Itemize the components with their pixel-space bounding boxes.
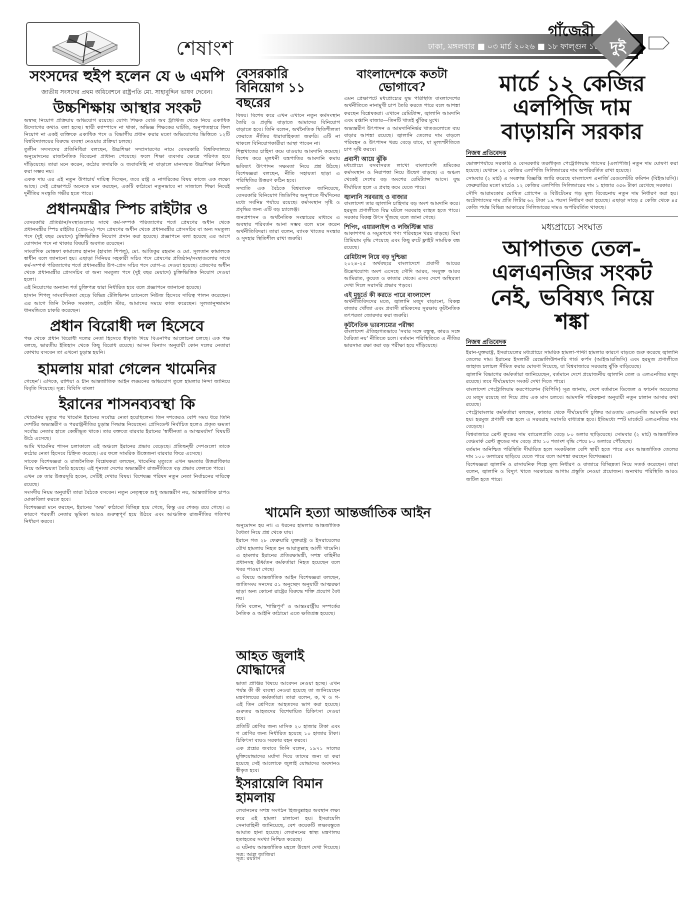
headline[interactable]: প্রধান বিরোধী দল হিসেবে bbox=[24, 318, 230, 335]
article-khamenei-international-law: খামেনি হত্যা আন্তর্জাতিক আইন অনুমোদন হয়… bbox=[236, 507, 460, 620]
paragraph: ২০২৪-২৫ অর্থবছরে বাংলাদেশে প্রবাসী আয়ের… bbox=[344, 261, 460, 289]
article-speech-writer: প্রধানমন্ত্রীর স্পিচ রাইটার ও বেসরকারি প… bbox=[24, 201, 230, 316]
article-body: গেছেন'। এদিকে, রাশিয়া ও চীন আন্তর্জাতিক… bbox=[24, 379, 230, 394]
paragraph: সোমবার (২ মার্চ) এ সংক্রান্ত বিজ্ঞপ্তি জ… bbox=[466, 176, 678, 190]
headline[interactable]: বাংলাদেশকে কতটা ভোগাবে? bbox=[344, 68, 460, 94]
headline[interactable]: খামেনি হত্যা আন্তর্জাতিক আইন bbox=[236, 507, 460, 521]
paragraph: পেট্রোবাংলার কর্মকর্তারা বলছেন, কাতার থে… bbox=[466, 410, 678, 431]
newspaper-stack-icon bbox=[47, 25, 121, 65]
divider bbox=[466, 216, 678, 217]
paragraph: খোমেনির মৃত্যুর পর খামেনি ইরানের সর্বোচ্… bbox=[24, 415, 230, 443]
paragraph: আমি খামেনির শাসন চলাকালে এই অঞ্চলে ইরানে… bbox=[24, 444, 230, 458]
paragraph: হাসান শিপলু সাংবাদিকতা ছেড়ে বিভিন্ন টেল… bbox=[24, 293, 230, 314]
article-body: বিষয়। বিশেষ করে এখন এখানে নতুন কর্মসংস্… bbox=[236, 113, 340, 245]
paragraph: বিশ্ববাজারে ব্রেন্ট ক্রুডের দাম ব্যারেলপ… bbox=[466, 432, 678, 446]
article-body: খোমেনির মৃত্যুর পর খামেনি ইরানের সর্বোচ্… bbox=[24, 415, 230, 527]
article-private-investment: বেসরকারি বিনিয়োগ ১১ বছরের বিষয়। বিশেষ … bbox=[236, 68, 340, 245]
paragraph: জনপ্রশাসন ও অর্থনৈতিক সংস্কারের মাধ্যমে … bbox=[236, 215, 340, 243]
paragraph: বাংলাদেশ পেট্রোলিয়াম করপোরেশন (বিপিসি) … bbox=[466, 387, 678, 408]
paragraph: অনুমোদন হয় না। এ ধরনের হামলার আন্তর্জাত… bbox=[236, 523, 340, 537]
paragraph: সংসদীয় নিয়ম অনুযায়ী তারা বৈঠকে বসবেন।… bbox=[24, 490, 230, 504]
paragraph: সাংবাদিক মোস্তফা কামালের হানান (হাবাল শি… bbox=[24, 249, 230, 284]
headline[interactable]: ইসরায়েলি বিমান হামলায় bbox=[236, 778, 340, 807]
paragraph: ভোক্তাপর্যায়ে সরকারি ও বেসরকারি তরলীকৃত… bbox=[466, 161, 678, 175]
header-rule bbox=[258, 56, 638, 59]
article-khamenei-killed: হামলায় মারা গেলেন খামেনির গেছেন'। এদিকে… bbox=[24, 361, 230, 395]
source-credit: সূত্র: রয়টার্স bbox=[236, 856, 340, 864]
paragraph: আকাশপথ ও সমুদ্রপথে পণ্য পরিবহনে খরচ বাড়… bbox=[344, 231, 460, 252]
article-body: ইরান-যুক্তরাষ্ট্র, ইসরায়েলের মধ্যপ্রাচ্… bbox=[466, 350, 678, 485]
paragraph: বেসরকারি প্রতিষ্ঠান/সংস্থাগুলোর সাথে কর্… bbox=[24, 220, 230, 248]
subhead: শিপিং, এয়ারলাইন্স ও লজিস্টিক্স খাত bbox=[344, 224, 460, 231]
article-whips: সংসদের হুইপ হলেন যে ৬ এমপি জাতীয় সংসদের… bbox=[24, 68, 230, 98]
section-logo bbox=[26, 22, 140, 66]
paragraph: এই নিয়োগের অন্যান্য শর্ত চুক্তিপত্র দ্ব… bbox=[24, 285, 230, 292]
article-body: অস্বচ্ছ নিয়োগ প্রক্রিয়ায় অভিযোগ রয়েছ… bbox=[24, 118, 230, 199]
kicker: মধ্যপ্রাচ্যে সংঘাত bbox=[466, 220, 678, 235]
arrow-tip-icon bbox=[648, 36, 670, 50]
middle-lower-column: খামেনি হত্যা আন্তর্জাতিক আইন অনুমোদন হয়… bbox=[236, 505, 460, 620]
bangladesh-impact-column: বাংলাদেশকে কতটা ভোগাবে? এমন প্রেক্ষাপটে … bbox=[344, 66, 460, 352]
article-body: এমন প্রেক্ষাপটে মধ্যপ্রাচ্যের যুদ্ধ পরিস… bbox=[344, 96, 460, 351]
paragraph: শিল্পখাতের চাহিদা কমে যাওয়ায় আমদানি কম… bbox=[236, 149, 340, 184]
page-number: দুই bbox=[596, 36, 640, 61]
paragraph: লেবাননের সশস্ত্র সংগঠন হিজবুল্লাহর অবস্থ… bbox=[236, 808, 340, 843]
headline[interactable]: আপাতত তেল-এলএনজির সংকট নেই, ভবিষ্যৎ নিয়… bbox=[466, 237, 678, 334]
headline[interactable]: বেসরকারি বিনিয়োগ ১১ বছরের bbox=[236, 68, 340, 111]
article-israeli-airstrike: ইসরায়েলি বিমান হামলায় লেবাননের সশস্ত্র… bbox=[236, 778, 340, 865]
paragraph: বর্তমান অনিশ্চিত পরিস্থিতি দীর্ঘায়িত হল… bbox=[466, 447, 678, 461]
paragraph: ইরানে গত ২৮ ফেব্রুয়ারি যুক্তরাষ্ট্র ও ই… bbox=[236, 538, 340, 573]
paragraph: এক প্রশ্নের জবাবে তিনি বলেন, ১৯৭১ সালের … bbox=[236, 746, 340, 774]
article-lpg-price: মার্চে ১২ কেজির এলপিজি দাম বাড়ায়নি সরক… bbox=[466, 72, 678, 213]
paragraph: তিনি বলেন, 'শান্তিপূর্ণ' ও আন্তঃরাষ্ট্রী… bbox=[236, 604, 340, 618]
left-column: সংসদের হুইপ হলেন যে ৬ এমপি জাতীয় সংসদের… bbox=[24, 66, 230, 527]
paragraph: ভাতা প্রাপ্তির বিষয়ে আবেদন নেওয়া হচ্ছে… bbox=[236, 681, 340, 724]
paragraph: সাবেক বিশেষজ্ঞরা ও রাজনৈতিক বিশ্লেষকরা ব… bbox=[24, 459, 230, 473]
masthead: শেষাংশ গাঁজেরী ঢাকা, মঙ্গলবার ■ ০৩ মার্চ… bbox=[0, 0, 700, 64]
paragraph: ইরান-যুক্তরাষ্ট্র, ইসরায়েলের মধ্যপ্রাচ্… bbox=[466, 350, 678, 371]
article-iran-governance: ইরানের শাসনব্যবস্থা কি খোমেনির মৃত্যুর প… bbox=[24, 396, 230, 527]
paragraph: এমন প্রেক্ষাপটে মধ্যপ্রাচ্যের যুদ্ধ পরিস… bbox=[344, 96, 460, 124]
paragraph: অর্থনীতিবিদদের মতে, জ্বালানি মজুদ বাড়ান… bbox=[344, 299, 460, 320]
headline[interactable]: আহত জুলাই যোদ্ধাদের bbox=[236, 650, 340, 679]
article-body: অনুমোদন হয় না। এ ধরনের হামলার আন্তর্জাত… bbox=[236, 523, 340, 619]
subhead: জ্বালানি সরবরাহ ও বাজার bbox=[344, 194, 460, 201]
paragraph: বাংলাদেশ তার জ্বালানি চাহিদার বড় অংশ আম… bbox=[344, 201, 460, 222]
paragraph: বাংলাদেশ ঐতিহ্যগতভাবে 'সবার সঙ্গে বন্ধুত… bbox=[344, 329, 460, 350]
article-oil-lng: মধ্যপ্রাচ্যে সংঘাত আপাতত তেল-এলএনজির সংক… bbox=[466, 220, 678, 484]
paragraph: জ্বালানি বিভাগের কর্মকর্তারা জানিয়েছেন,… bbox=[466, 372, 678, 386]
article-body: ভাতা প্রাপ্তির বিষয়ে আবেদন নেওয়া হচ্ছে… bbox=[236, 681, 340, 776]
paragraph: গেছেন'। এদিকে, রাশিয়া ও চীন আন্তর্জাতিক… bbox=[24, 379, 230, 393]
paragraph: অভ্যন্তরীণ উৎপাদন ও আমদানিনির্ভর খাতগুলো… bbox=[344, 126, 460, 154]
article-body: লেবাননের সশস্ত্র সংগঠন হিজবুল্লাহর অবস্থ… bbox=[236, 808, 340, 856]
article-body: ভোক্তাপর্যায়ে সরকারি ও বেসরকারি তরলীকৃত… bbox=[466, 161, 678, 214]
subhead: এই মুহূর্তে কী করতে পারে বাংলাদেশ bbox=[344, 292, 460, 299]
byline: নিজস্ব প্রতিবেদক bbox=[466, 148, 678, 159]
paragraph: সৌদি আরামকোর ঘোষিত প্রোপেন ও বিউটেনের গড… bbox=[466, 191, 678, 212]
paragraph: বিষয়। বিশেষ করে এখন এখানে নতুন কর্মসংস্… bbox=[236, 113, 340, 148]
paragraph: এখন কে তার উত্তরসূরি হবেন, সেটিই দেখার ব… bbox=[24, 474, 230, 488]
paragraph: বিশেষজ্ঞরা মনে করছেন, ইরানের 'অক্ষ' কাঠা… bbox=[24, 505, 230, 526]
paragraph: মধ্যপ্রাচ্যে বসবাসরত লাখো বাংলাদেশি শ্রম… bbox=[344, 163, 460, 191]
paragraph: প্রতিটি শ্রেণির জন্য মাসিক ২০ হাজার টাকা… bbox=[236, 724, 340, 745]
subhead: প্রবাসী আয়ে ঝুঁকি bbox=[344, 156, 460, 163]
right-column: মার্চে ১২ কেজির এলপিজি দাম বাড়ায়নি সরক… bbox=[466, 70, 678, 485]
paragraph: এ বিষয়ে আন্তর্জাতিক আইন বিশেষজ্ঞরা বলছে… bbox=[236, 575, 340, 603]
paragraph: একক দায় এর এই নতুন উপাচার্য দায়িত্ব দি… bbox=[24, 177, 230, 198]
article-july-fighters: আহত জুলাই যোদ্ধাদের ভাতা প্রাপ্তির বিষয়… bbox=[236, 650, 340, 776]
byline: নিজস্ব প্রতিবেদক bbox=[466, 337, 678, 348]
headline[interactable]: ইরানের শাসনব্যবস্থা কি bbox=[24, 396, 230, 413]
middle-column: বেসরকারি বিনিয়োগ ১১ বছরের বিষয়। বিশেষ … bbox=[236, 66, 340, 245]
headline[interactable]: উচ্চশিক্ষায় আস্থার সংকট bbox=[24, 100, 230, 117]
article-body: বেসরকারি প্রতিষ্ঠান/সংস্থাগুলোর সাথে কর্… bbox=[24, 220, 230, 316]
article-bangladesh-impact: বাংলাদেশকে কতটা ভোগাবে? এমন প্রেক্ষাপটে … bbox=[344, 68, 460, 352]
paragraph: এ ঘটনায় আন্তর্জাতিক মহলে উদ্বেগ দেখা দি… bbox=[236, 845, 340, 857]
paragraph: অস্বচ্ছ নিয়োগ প্রক্রিয়ায় অভিযোগ রয়েছ… bbox=[24, 118, 230, 146]
headline[interactable]: মার্চে ১২ কেজির এলপিজি দাম বাড়ায়নি সরক… bbox=[466, 72, 678, 145]
headline[interactable]: হামলায় মারা গেলেন খামেনির bbox=[24, 361, 230, 378]
section-title: শেষাংশ bbox=[176, 34, 233, 67]
paragraph: তুলীন সদস্যদের প্রতিনিধিরা বলছেন, উচ্চশি… bbox=[24, 147, 230, 175]
middle-lower-column-2: আহত জুলাই যোদ্ধাদের ভাতা প্রাপ্তির বিষয়… bbox=[236, 648, 340, 864]
article-body: পক্ষ থেকে প্রধান বিরোধী দলের নেতা হিসেবে… bbox=[24, 336, 230, 358]
article-higher-education: উচ্চশিক্ষায় আস্থার সংকট অস্বচ্ছ নিয়োগ … bbox=[24, 100, 230, 200]
headline[interactable]: সংসদের হুইপ হলেন যে ৬ এমপি bbox=[24, 68, 230, 85]
paragraph: সম্প্রতি এক বৈঠকে বিশ্বব্যাংক জানিয়েছে,… bbox=[236, 186, 340, 214]
article-main-opposition: প্রধান বিরোধী দল হিসেবে পক্ষ থেকে প্রধান… bbox=[24, 318, 230, 359]
paragraph: বিশেষজ্ঞরা জ্বালানি ও রাসায়নিক শিল্পে ম… bbox=[466, 462, 678, 483]
deck: জাতীয় সংসদের প্রথম অধিবেশনে রাষ্ট্রপতি … bbox=[24, 87, 230, 98]
dateline: ঢাকা, মঙ্গলবার ■ ০৩ মার্চ ২০২৬ ■ ১৮ ফাল্… bbox=[428, 41, 610, 54]
paragraph: পক্ষ থেকে প্রধান বিরোধী দলের নেতা হিসেবে… bbox=[24, 336, 230, 357]
headline[interactable]: প্রধানমন্ত্রীর স্পিচ রাইটার ও bbox=[24, 201, 230, 218]
